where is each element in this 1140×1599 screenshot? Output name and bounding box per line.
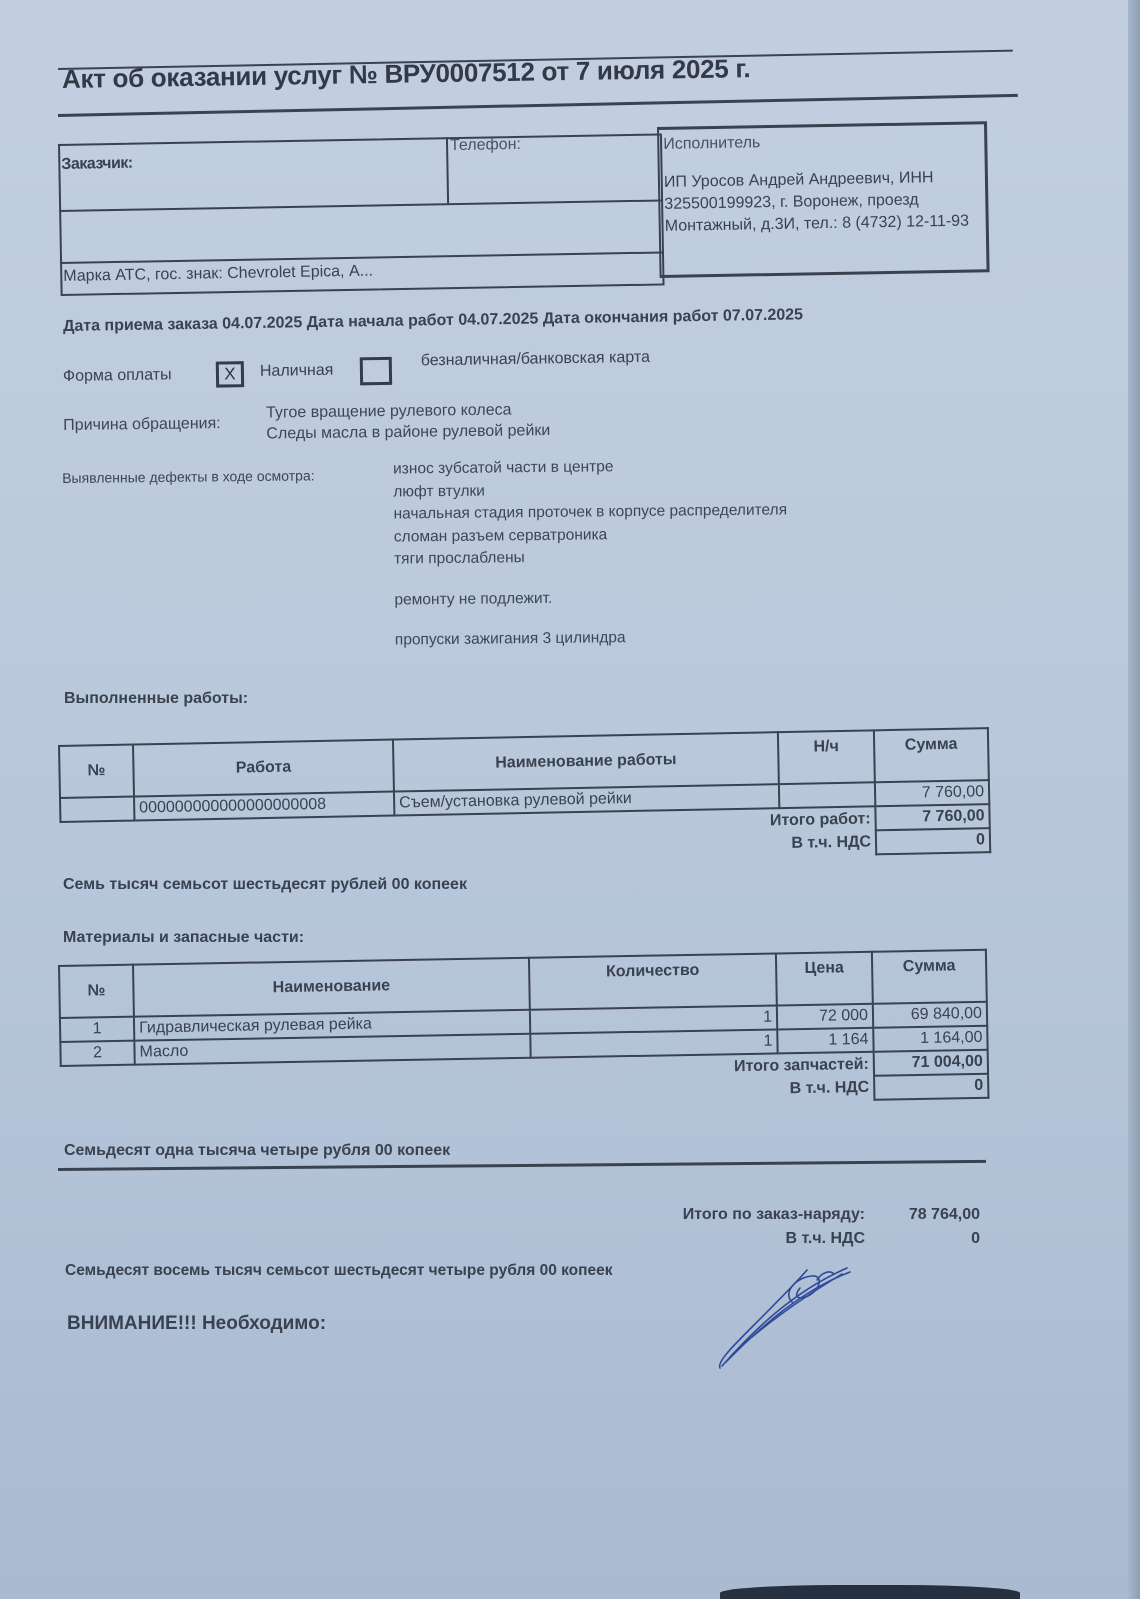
col-hours: Н/ч xyxy=(778,730,875,784)
parts-table: № Наименование Количество Цена Сумма 1 Г… xyxy=(58,949,989,1115)
works-vat-value: 0 xyxy=(876,828,990,854)
parts-total-value: 71 004,00 xyxy=(874,1050,988,1076)
cash-label: Наличная xyxy=(260,362,334,381)
vehicle-label: Марка АТС, гос. знак: xyxy=(63,265,223,285)
attention-notice: ВНИМАНИЕ!!! Необходимо: xyxy=(67,1313,326,1335)
card-checkbox[interactable] xyxy=(360,357,392,385)
grand-vat-label: В т.ч. НДС xyxy=(785,1230,865,1254)
col-work: Работа xyxy=(133,740,394,797)
parts-total-in-words: Семьдесят одна тысяча четыре рубля 00 ко… xyxy=(64,1142,450,1160)
defect-line: начальная стадия проточек в корпусе расп… xyxy=(393,499,787,526)
paper-edge xyxy=(1128,0,1140,1599)
works-total-value: 7 760,00 xyxy=(875,804,989,830)
col-no: № xyxy=(59,745,134,798)
works-table: № Работа Наименование работы Н/ч Сумма 0… xyxy=(58,727,991,871)
signature-icon xyxy=(712,1262,862,1372)
payment-label: Форма оплаты xyxy=(63,366,172,386)
executor-label: Исполнитель xyxy=(663,134,760,154)
background-object xyxy=(720,1585,1020,1599)
customer-label: Заказчик: xyxy=(61,155,133,174)
col-name: Наименование xyxy=(133,958,530,1017)
card-label: безналичная/банковская карта xyxy=(421,349,650,371)
vehicle-value: Chevrolet Epica, А... xyxy=(227,263,373,283)
executor-details: ИП Уросов Андрей Андреевич, ИНН 32550019… xyxy=(664,166,985,238)
grand-total-label: Итого по заказ-наряду: xyxy=(683,1206,865,1230)
grand-total-row: Итого по заказ-наряду: 78 764,00 xyxy=(600,1206,980,1230)
cell-sum: 7 760,00 xyxy=(875,780,989,806)
works-table-wrap: № Работа Наименование работы Н/ч Сумма 0… xyxy=(58,727,991,871)
col-sum: Сумма xyxy=(874,728,989,782)
grand-total-block: Итого по заказ-наряду: 78 764,00 В т.ч. … xyxy=(600,1206,980,1254)
grand-total-value: 78 764,00 xyxy=(865,1206,980,1230)
works-total-in-words: Семь тысяч семьсот шестьдесят рублей 00 … xyxy=(63,876,467,894)
cell-hours xyxy=(779,782,875,808)
executor-block: Исполнитель ИП Уросов Андрей Андреевич, … xyxy=(657,121,990,278)
cell-price: 1 164 xyxy=(777,1028,873,1054)
col-qty: Количество xyxy=(529,953,777,1009)
parts-vat-value: 0 xyxy=(874,1074,988,1100)
works-heading: Выполненные работы: xyxy=(64,690,248,708)
parts-heading: Материалы и запасные части: xyxy=(63,929,304,947)
reason-line: Следы масла в районе рулевой рейки xyxy=(266,420,550,444)
phone-label: Телефон: xyxy=(450,136,521,155)
cash-checkbox[interactable]: X xyxy=(216,361,244,387)
col-sum: Сумма xyxy=(872,950,987,1004)
reason-label: Причина обращения: xyxy=(63,415,221,435)
parts-table-wrap: № Наименование Количество Цена Сумма 1 Г… xyxy=(58,949,989,1115)
customer-block: Заказчик: Телефон: Марка АТС, гос. знак:… xyxy=(58,133,666,299)
cell-no xyxy=(60,797,134,822)
col-work-name: Наименование работы xyxy=(393,732,779,791)
defects-label: Выявленные дефекты в ходе осмотра: xyxy=(62,467,315,486)
grand-total-in-words: Семьдесят восемь тысяч семьсот шестьдеся… xyxy=(65,1262,613,1280)
grand-vat-value: 0 xyxy=(865,1230,980,1254)
defect-line: пропуски зажигания 3 цилиндра xyxy=(395,625,789,652)
defects-lines: износ зубсатой части в центре люфт втулк… xyxy=(393,454,789,652)
cell-sum: 69 840,00 xyxy=(873,1002,987,1028)
reason-lines: Тугое вращение рулевого колеса Следы мас… xyxy=(266,399,550,444)
col-no: № xyxy=(59,965,134,1018)
col-price: Цена xyxy=(776,952,873,1006)
cell-sum: 1 164,00 xyxy=(873,1026,987,1052)
cell-no: 2 xyxy=(60,1041,134,1066)
cell-price: 72 000 xyxy=(777,1004,873,1030)
cell-no: 1 xyxy=(60,1017,134,1042)
grand-vat-row: В т.ч. НДС 0 xyxy=(600,1230,980,1254)
